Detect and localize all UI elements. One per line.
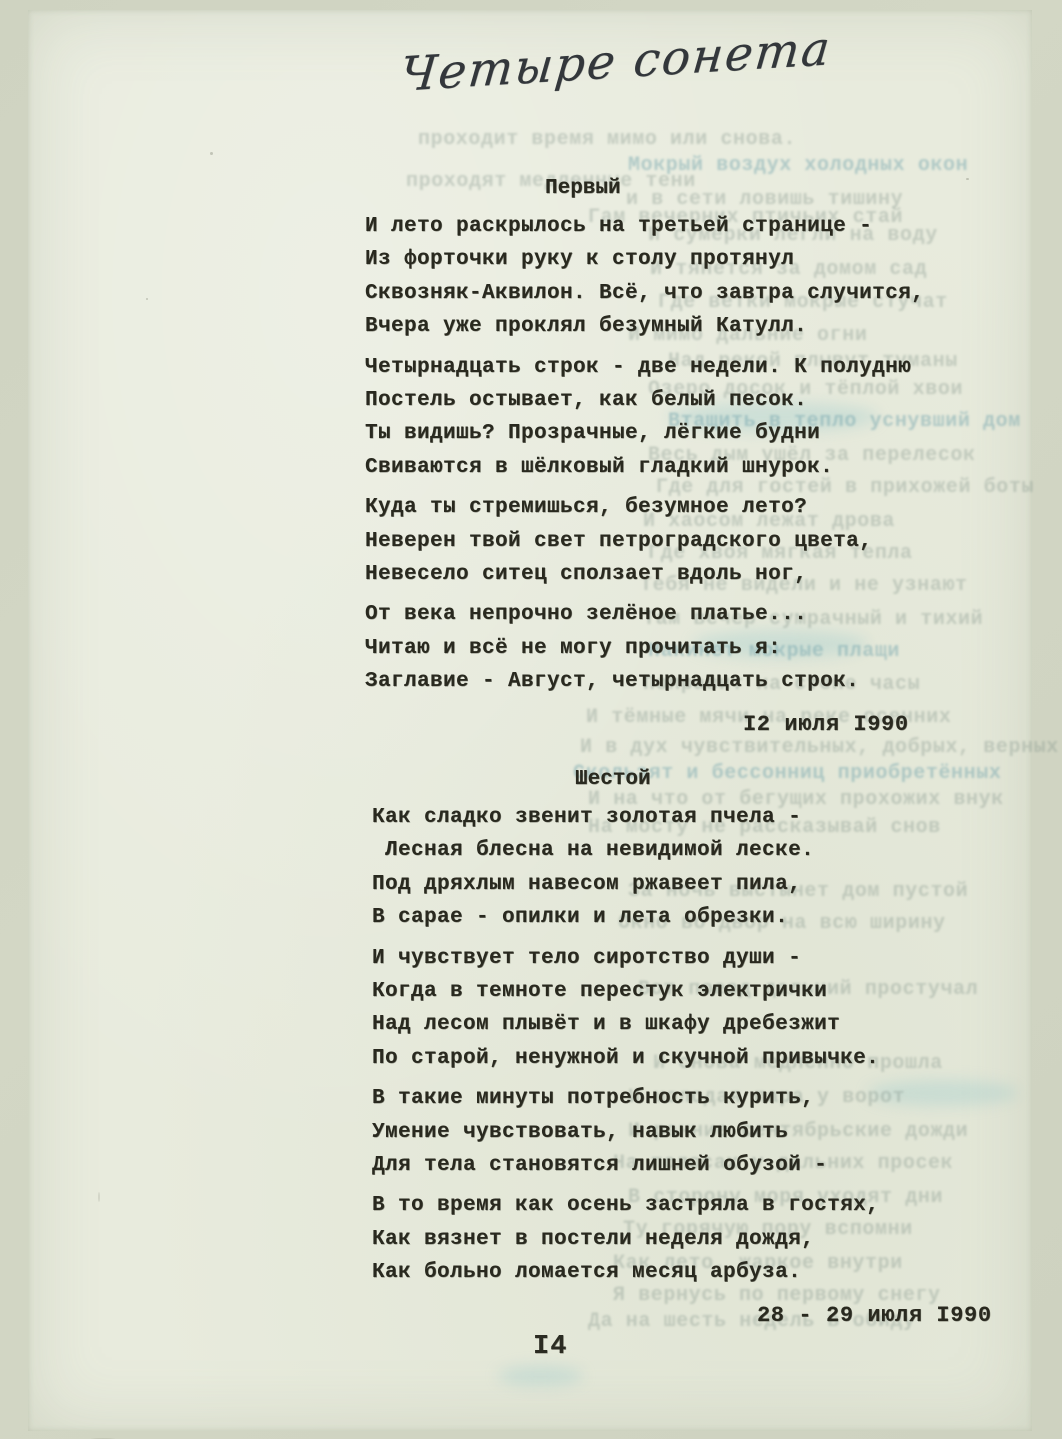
poem-line: Четырнадцать строк - две недели. К полуд…: [365, 351, 924, 384]
poem-line: Свиваются в шёлковый гладкий шнурок.: [365, 451, 924, 484]
handwritten-title: Четыре сонета: [398, 24, 783, 103]
poem-line: В такие минуты потребность курить,: [372, 1082, 992, 1115]
poem-line: Умение чувствовать, навык любить: [372, 1116, 992, 1149]
stanza: И чувствует тело сиротство души -Когда в…: [372, 942, 992, 1076]
poem-line: Постель остывает, как белый песок.: [365, 384, 924, 417]
sonnet-date: 28 - 29 июля I990: [757, 1299, 992, 1332]
sonnet-heading: Шестой: [575, 763, 992, 796]
poem-line: Невесело ситец сползает вдоль ног,: [365, 558, 924, 591]
poem-line: Ты видишь? Прозрачные, лёгкие будни: [365, 417, 924, 450]
poem-line: Заглавие - Август, четырнадцать строк.: [365, 665, 924, 698]
poem-line: Куда ты стремишься, безумное лето?: [365, 491, 924, 524]
sonnet-sixth: Шестой Как сладко звенит золотая пчела -…: [372, 763, 992, 1332]
poem-line: Как больно ломается месяц арбуза.: [372, 1256, 992, 1289]
sonnet-date: I2 июля I990: [743, 708, 924, 741]
poem-line: По старой, ненужной и скучной привычке.: [372, 1042, 992, 1075]
dust-speck: [98, 1192, 100, 1202]
poem-line: Читаю и всё не могу прочитать я:: [365, 632, 924, 665]
poem-line: В сарае - опилки и лета обрезки.: [372, 901, 992, 934]
sonnet-first: Первый И лето раскрылось на третьей стра…: [365, 172, 924, 741]
dust-speck: [966, 178, 969, 180]
sonnet-heading: Первый: [545, 172, 924, 205]
stanza: Четырнадцать строк - две недели. К полуд…: [365, 351, 924, 485]
poem-line: Когда в темноте перестук электрички: [372, 975, 992, 1008]
poem-line: Как сладко звенит золотая пчела -: [372, 801, 992, 834]
scanned-page: проходит время мимо или снова.Мокрый воз…: [0, 0, 1062, 1439]
poem-line: В то время как осень застряла в гостях,: [372, 1189, 992, 1222]
stanza: Куда ты стремишься, безумное лето?Невере…: [365, 491, 924, 591]
sonnet-stanzas: И лето раскрылось на третьей странице -И…: [365, 210, 924, 699]
poem-line: Сквозняк-Аквилон. Всё, что завтра случит…: [365, 277, 924, 310]
paper-sheet: проходит время мимо или снова.Мокрый воз…: [28, 10, 1032, 1431]
dust-speck: [210, 152, 213, 155]
poem-line: Неверен твой свет петроградского цвета,: [365, 525, 924, 558]
poem-line: От века непрочно зелёное платье...: [365, 598, 924, 631]
poem-line: Из форточки руку к столу протянул: [365, 243, 924, 276]
poem-line: И чувствует тело сиротство души -: [372, 942, 992, 975]
poem-line: Для тела становятся лишней обузой -: [372, 1149, 992, 1182]
stanza: И лето раскрылось на третьей странице -И…: [365, 210, 924, 344]
stanza: В то время как осень застряла в гостях,К…: [372, 1189, 992, 1289]
sonnet-stanzas: Как сладко звенит золотая пчела - Лесная…: [372, 801, 992, 1290]
poem-line: Над лесом плывёт и в шкафу дребезжит: [372, 1008, 992, 1041]
stanza: Как сладко звенит золотая пчела - Лесная…: [372, 801, 992, 935]
dust-speck: [146, 298, 148, 300]
poem-line: Вчера уже проклял безумный Катулл.: [365, 310, 924, 343]
poem-line: И лето раскрылось на третьей странице -: [365, 210, 924, 243]
poem-line: Лесная блесна на невидимой леске.: [372, 834, 992, 867]
page-number: I4: [533, 1332, 567, 1362]
stanza: От века непрочно зелёное платье...Читаю …: [365, 598, 924, 698]
stanza: В такие минуты потребность курить,Умение…: [372, 1082, 992, 1182]
poem-line: Как вязнет в постели неделя дождя,: [372, 1223, 992, 1256]
poem-line: Под дряхлым навесом ржавеет пила,: [372, 868, 992, 901]
bleedthrough-smudge: [498, 1366, 583, 1386]
bleedthrough-line: проходит время мимо или снова.: [418, 128, 796, 151]
